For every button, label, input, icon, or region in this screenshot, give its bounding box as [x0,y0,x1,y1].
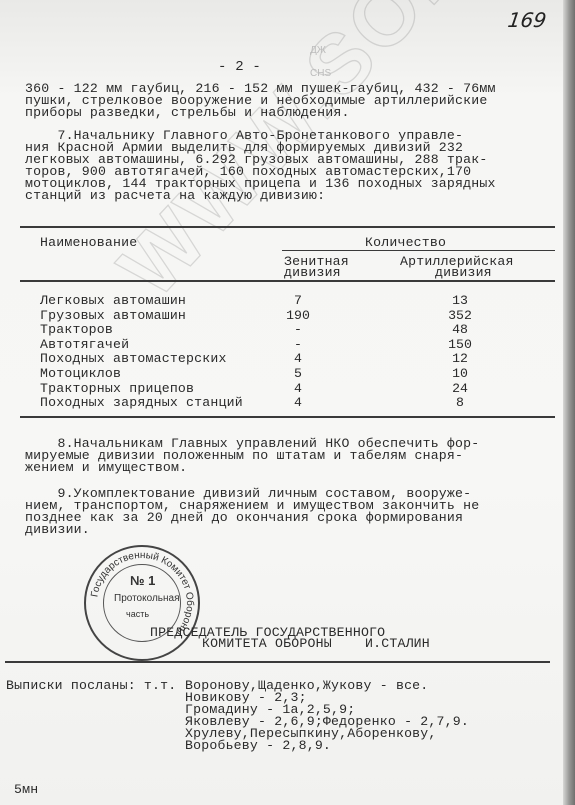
distribution-label: Выписки посланы: т.т. [6,680,176,691]
distribution-line: Воробьеву - 2,8,9. [185,740,331,751]
official-stamp: Государственный Комитет Обороны № 1 Прот… [84,545,200,661]
page-edge-shadow [563,0,575,805]
table-cell-name: Походных зарядных станций [40,397,243,408]
item7-line: станций из расчета на каждую дивизию: [25,190,325,201]
table-cell-art: 352 [430,310,490,321]
table-cell-art: 24 [430,383,490,394]
signature-rule [5,661,550,663]
table-cell-art: 13 [430,295,490,306]
table-header-name: Наименование [40,237,137,248]
table-cell-aa: 4 [268,383,328,394]
ghost-mark: СНS [310,68,331,79]
table-rule-header [20,280,555,282]
stamp-number: № 1 [130,573,155,588]
table-cell-name: Мотоциклов [40,368,121,379]
page-number: - 2 - [218,62,261,73]
intro-line: приборы разведки, стрельбы и наблюдения. [25,107,350,118]
table-cell-art: 48 [430,324,490,335]
table-cell-aa: - [268,339,328,350]
item8-line: жением и имуществом. [25,462,187,473]
table-cell-art: 10 [430,368,490,379]
table-cell-aa: 7 [268,295,328,306]
table-cell-name: Легковых автомашин [40,295,186,306]
table-rule-bottom [20,416,555,418]
typist-mark: 5мн [14,784,38,795]
table-cell-aa: 4 [268,397,328,408]
table-cell-name: Тракторов [40,324,113,335]
ghost-mark: ДЖ [310,45,326,56]
table-cell-name: Автотягачей [40,339,129,350]
table-header-quantity: Количество [365,237,446,248]
folio-number: 169 [506,8,548,32]
table-cell-name: Тракторных прицепов [40,383,194,394]
item9-line: позднее как за 20 дней до окончания срок… [25,512,463,523]
table-cell-aa: 5 [268,368,328,379]
table-rule-qty [282,250,555,251]
table-cell-art: 150 [430,339,490,350]
table-cell-art: 8 [430,397,490,408]
stamp-line1: Протокольная [114,593,180,604]
document-page: WWW.SOLDAT.RU 169 ДЖ СНS - 2 - 360 - 122… [0,0,563,805]
stamp-line2: часть [126,609,149,619]
item9-line: дивизии. [25,524,90,535]
table-rule-top [20,226,555,228]
table-header-aa: дивизия [284,267,341,278]
table-cell-art: 12 [430,353,490,364]
signature-title-line2: КОМИТЕТА ОБОРОНЫ [202,638,332,649]
signature-name: И.СТАЛИН [365,638,430,649]
table-cell-aa: - [268,324,328,335]
table-cell-name: Походных автомастерских [40,353,227,364]
table-cell-aa: 4 [268,353,328,364]
table-header-art: дивизия [435,267,492,278]
table-cell-name: Грузовых автомашин [40,310,186,321]
table-cell-aa: 190 [268,310,328,321]
